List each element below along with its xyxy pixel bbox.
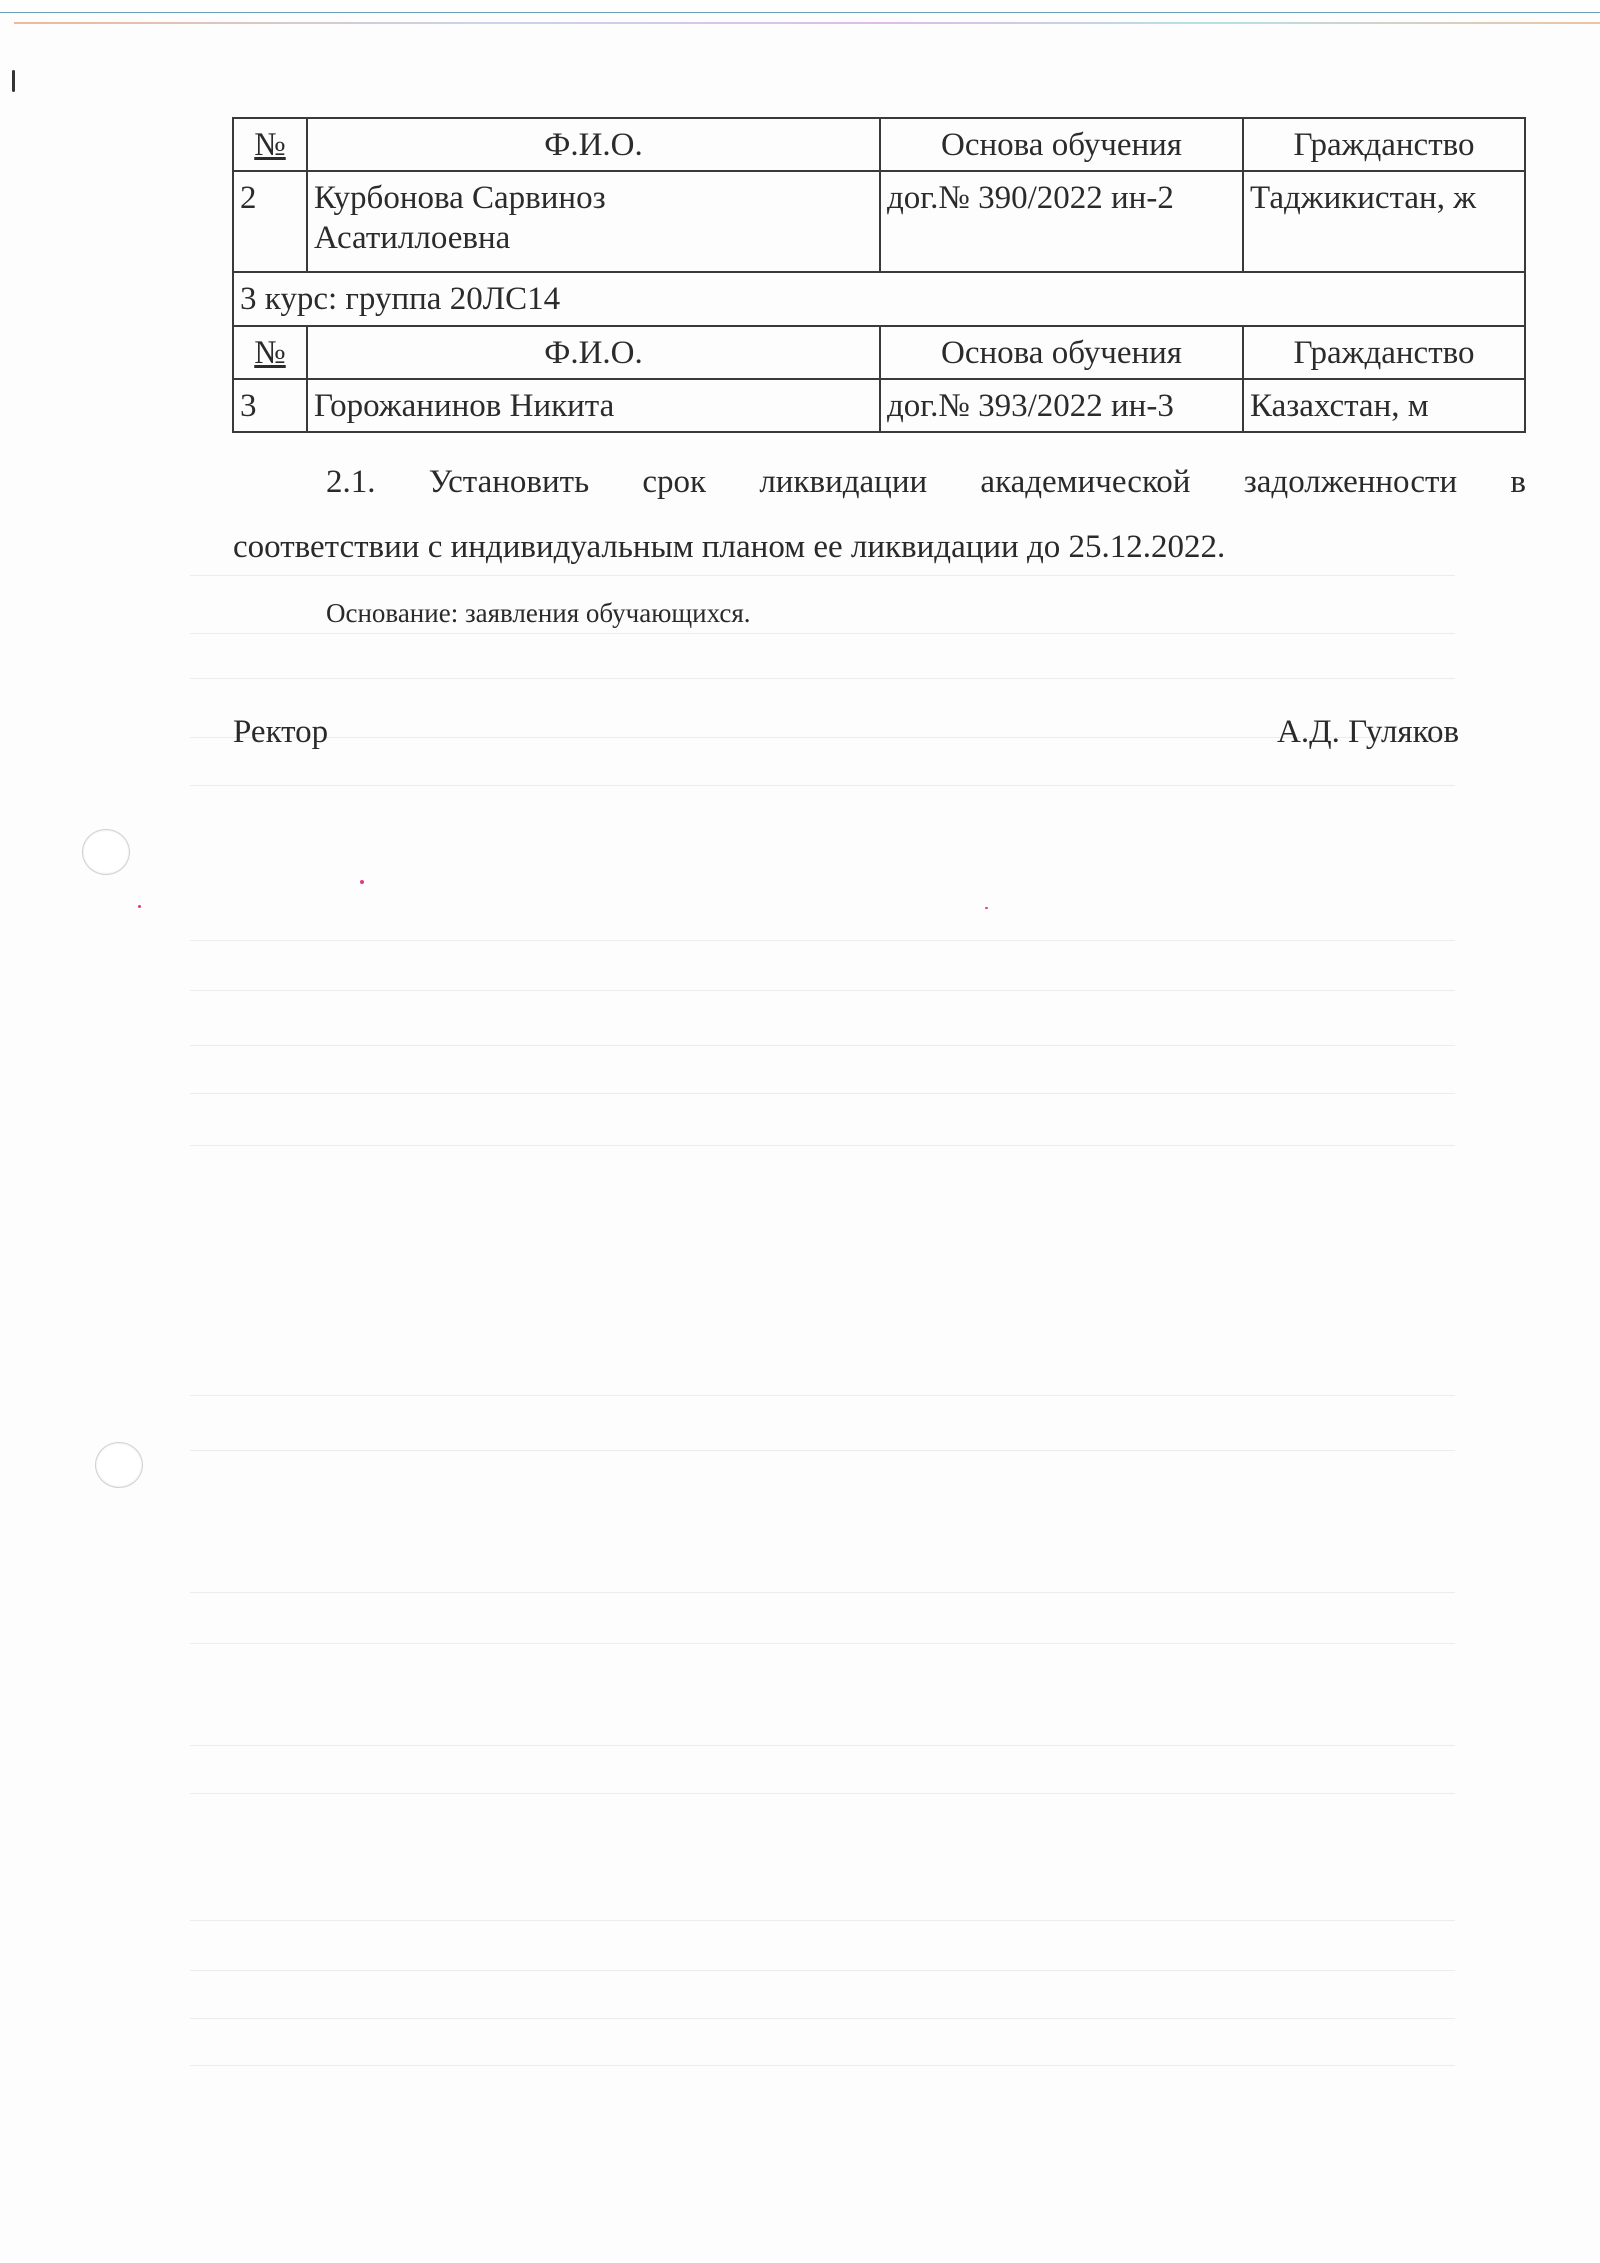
header-full-name: Ф.И.О. [307, 118, 880, 171]
table-header-row: № Ф.И.О. Основа обучения Гражданство [233, 326, 1525, 379]
clause-word: ликвидации [759, 462, 927, 502]
scan-edge [0, 0, 1600, 13]
table-row: 2 Курбонова Сарвиноз Асатиллоевна дог.№ … [233, 171, 1525, 272]
clause-word: академической [980, 462, 1190, 502]
bleed-through-line [190, 1793, 1455, 1794]
header-study-basis: Основа обучения [880, 118, 1243, 171]
clause-word: срок [642, 462, 706, 502]
clause-word: в [1510, 462, 1526, 502]
bleed-through-line [190, 575, 1455, 576]
header-citizenship: Гражданство [1243, 326, 1525, 379]
group-label: 3 курс: группа 20ЛС14 [233, 272, 1525, 326]
clause-2-1-line-1: 2.1. Установить срок ликвидации академич… [326, 462, 1526, 502]
group-row: 3 курс: группа 20ЛС14 [233, 272, 1525, 326]
ink-speck [985, 907, 988, 909]
bleed-through-line [190, 1970, 1455, 1971]
cell-full-name: Горожанинов Никита [307, 379, 880, 432]
cell-citizenship: Таджикистан, ж [1243, 171, 1525, 272]
ink-speck [360, 880, 364, 884]
bleed-through-line [190, 785, 1455, 786]
signatory-name: А.Д. Гуляков [1277, 712, 1459, 752]
cell-study-basis: дог.№ 393/2022 ин-3 [880, 379, 1243, 432]
bleed-through-line [190, 1745, 1455, 1746]
punch-hole [83, 830, 129, 874]
header-full-name: Ф.И.О. [307, 326, 880, 379]
scan-shadow-mark [12, 70, 15, 92]
bleed-through-line [190, 1920, 1455, 1921]
clause-word: 2.1. [326, 462, 376, 502]
name-line: Асатиллоевна [314, 218, 873, 258]
clause-2-1-line-2: соответствии с индивидуальным планом ее … [233, 527, 1225, 567]
basis-note: Основание: заявления обучающихся. [326, 596, 751, 630]
table-row: 3 Горожанинов Никита дог.№ 393/2022 ин-3… [233, 379, 1525, 432]
cell-citizenship: Казахстан, м [1243, 379, 1525, 432]
table-header-row: № Ф.И.О. Основа обучения Гражданство [233, 118, 1525, 171]
cell-study-basis: дог.№ 390/2022 ин-2 [880, 171, 1243, 272]
bleed-through-line [190, 1395, 1455, 1396]
bleed-through-line [190, 2065, 1455, 2066]
clause-word: Установить [429, 462, 589, 502]
scan-color-fringe [14, 22, 1600, 24]
punch-hole [96, 1443, 142, 1487]
header-study-basis: Основа обучения [880, 326, 1243, 379]
header-citizenship: Гражданство [1243, 118, 1525, 171]
cell-number: 2 [233, 171, 307, 272]
bleed-through-line [190, 940, 1455, 941]
header-number: № [233, 326, 307, 379]
ink-speck [138, 905, 141, 908]
students-table: № Ф.И.О. Основа обучения Гражданство 2 К… [232, 117, 1526, 433]
bleed-through-line [190, 1145, 1455, 1146]
bleed-through-line [190, 737, 1455, 738]
bleed-through-line [190, 1093, 1455, 1094]
cell-full-name: Курбонова Сарвиноз Асатиллоевна [307, 171, 880, 272]
bleed-through-line [190, 1045, 1455, 1046]
bleed-through-line [190, 1643, 1455, 1644]
bleed-through-line [190, 1450, 1455, 1451]
signatory-title: Ректор [233, 712, 328, 752]
header-number: № [233, 118, 307, 171]
bleed-through-line [190, 2018, 1455, 2019]
bleed-through-line [190, 990, 1455, 991]
bleed-through-line [190, 1592, 1455, 1593]
cell-number: 3 [233, 379, 307, 432]
name-line: Курбонова Сарвиноз [314, 178, 873, 218]
bleed-through-line [190, 678, 1455, 679]
bleed-through-line [190, 633, 1455, 634]
clause-word: задолженности [1244, 462, 1457, 502]
